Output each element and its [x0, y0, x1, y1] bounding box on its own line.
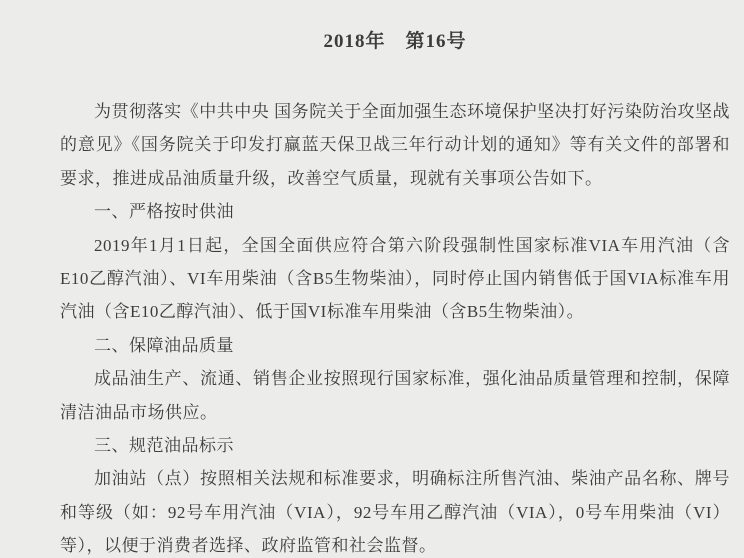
- paragraph-section-3: 加油站（点）按照相关法规和标准要求，明确标注所售汽油、柴油产品名称、牌号和等级（…: [60, 462, 730, 558]
- document-body: 为贯彻落实《中共中央 国务院关于全面加强生态环境保护坚决打好污染防治攻坚战的意见…: [60, 95, 730, 558]
- section-heading-2: 二、保障油品质量: [60, 329, 730, 362]
- announcement-page: 2018年 第16号 为贯彻落实《中共中央 国务院关于全面加强生态环境保护坚决打…: [0, 0, 744, 558]
- paragraph-section-2: 成品油生产、流通、销售企业按照现行国家标准，强化油品质量管理和控制，保障清洁油品…: [60, 362, 730, 429]
- paragraph-section-1: 2019年1月1日起，全国全面供应符合第六阶段强制性国家标准VIA车用汽油（含E…: [60, 229, 730, 329]
- announcement-document: 2018年 第16号 为贯彻落实《中共中央 国务院关于全面加强生态环境保护坚决打…: [0, 0, 744, 558]
- section-heading-3: 三、规范油品标示: [60, 429, 730, 462]
- paragraph-preamble: 为贯彻落实《中共中央 国务院关于全面加强生态环境保护坚决打好污染防治攻坚战的意见…: [60, 95, 730, 195]
- document-title: 2018年 第16号: [60, 0, 730, 53]
- section-heading-1: 一、严格按时供油: [60, 195, 730, 228]
